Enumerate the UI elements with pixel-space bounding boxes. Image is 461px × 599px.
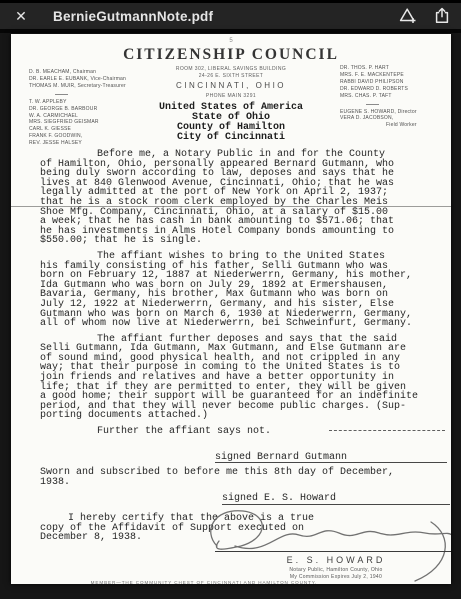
paragraph: The affiant further deposes and says tha…	[40, 335, 444, 421]
officer-name: VERA D. JACOBSON,	[340, 115, 417, 122]
officer-name: EUGENE S. HOWARD, Director	[340, 109, 417, 116]
officer-name: DR. GEORGE B. BARBOUR	[29, 106, 126, 113]
close-icon[interactable]: ✕	[13, 8, 29, 24]
pdf-page: 5 CITIZENSHIP COUNCIL ROOM 302, LIBERAL …	[11, 34, 451, 584]
sworn-statement: Sworn and subscribed to before me this 8…	[40, 468, 405, 487]
notary-title: Notary Public, Hamilton County, Ohio	[229, 567, 443, 573]
officers-right-column: DR. THOS. P. HART MRS. F. E. MACKENTEPE …	[340, 65, 417, 129]
officers-left-column: D. B. MEACHAM, Chairman DR. EARLE E. EUB…	[29, 69, 126, 147]
officer-name: D. B. MEACHAM, Chairman	[29, 69, 126, 76]
divider	[55, 94, 68, 95]
app-bar: ✕ BernieGutmannNote.pdf	[0, 0, 461, 33]
officer-name: DR. EDWARD D. ROBERTS	[340, 86, 417, 93]
paragraph: The affiant wishes to bring to the Unite…	[40, 252, 444, 329]
officer-name: W. A. CARMICHAEL	[29, 113, 126, 120]
officer-name: RABBI DAVID PHILIPSON	[340, 79, 417, 86]
officer-name: CARL K. GIESSE	[29, 126, 126, 133]
officer-role: Field Worker	[340, 122, 417, 129]
officer-name: MRS. F. E. MACKENTEPE	[340, 72, 417, 79]
share-icon[interactable]	[433, 7, 451, 25]
page-number-mark: 5	[11, 37, 451, 44]
app-bar-actions	[399, 7, 451, 25]
officer-name: T. W. APPLEBY	[29, 99, 126, 106]
officer-name: THOMAS M. MUIR, Secretary-Treasurer	[29, 83, 126, 90]
affiant-signature-line: signed Bernard Gutmann	[215, 453, 447, 464]
officer-name: MRS. SIEGFRIED GEISMAR	[29, 119, 126, 126]
officer-name: FRANK F. GOODWIN,	[29, 133, 126, 140]
officer-name: MRS. CHAS. P. TAFT	[340, 93, 417, 100]
pdf-canvas[interactable]: 5 CITIZENSHIP COUNCIL ROOM 302, LIBERAL …	[0, 33, 461, 599]
paragraph: Further the affiant says not.	[40, 427, 444, 437]
officer-name: DR. EARLE E. EUBANK, Vice-Chairman	[29, 76, 126, 83]
letterhead-footer: MEMBER—THE COMMUNITY CHEST OF CINCINNATI…	[39, 580, 369, 584]
add-to-drive-icon[interactable]	[399, 7, 417, 25]
document-title: BernieGutmannNote.pdf	[53, 9, 399, 24]
officer-name: REV. JESSE HALSEY	[29, 140, 126, 147]
affidavit-body: Before me, a Notary Public in and for th…	[40, 150, 444, 543]
letterhead-org-name: CITIZENSHIP COUNCIL	[11, 46, 451, 64]
notary-signature-rule	[215, 551, 451, 552]
paragraph: Before me, a Notary Public in and for th…	[40, 150, 444, 246]
officer-name: DR. THOS. P. HART	[340, 65, 417, 72]
notary-name: E. S. HOWARD	[239, 555, 433, 565]
divider	[366, 104, 379, 105]
